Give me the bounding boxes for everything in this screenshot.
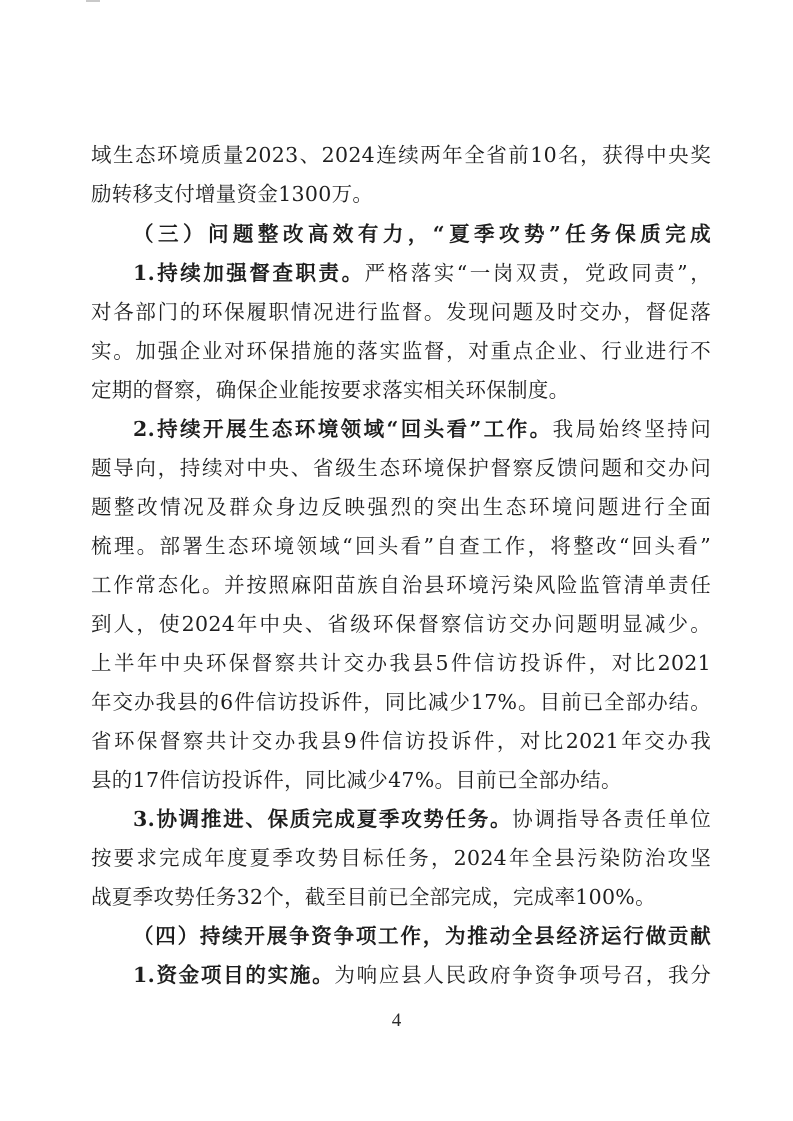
paragraph-line: 按要求完成年度夏季攻势目标任务，2024年全县污染防治攻坚 <box>91 838 711 878</box>
subsection-line-4: 1.资金项目的实施。为响应县人民政府争资争项号召，我分 <box>91 955 711 995</box>
subsection-line-3: 3.协调推进、保质完成夏季攻势任务。协调指导各责任单位 <box>91 799 711 839</box>
page-number: 4 <box>0 1010 793 1032</box>
paragraph-line: 战夏季攻势任务32个，截至目前已全部完成，完成率100%。 <box>91 877 711 917</box>
paragraph-line: 年交办我县的6件信访投诉件，同比减少17%。目前已全部办结。 <box>91 682 711 722</box>
paragraph-line: 上半年中央环保督察共计交办我县5件信访投诉件，对比2021 <box>91 643 711 683</box>
paragraph-line: 工作常态化。并按照麻阳苗族自治县环境污染风险监管清单责任 <box>91 565 711 605</box>
subsection-title: 2.持续开展生态环境领域“回头看”工作。 <box>133 417 553 441</box>
paragraph-line: 梳理。部署生态环境领域“回头看”自查工作，将整改“回头看” <box>91 526 711 566</box>
paragraph-line: 题导向，持续对中央、省级生态环境保护督察反馈问题和交办问 <box>91 448 711 488</box>
subsection-line-1: 1.持续加强督查职责。严格落实“一岗双责，党政同责”， <box>91 253 711 293</box>
paragraph-text: 我局始终坚持问 <box>553 417 711 441</box>
paragraph-line: 县的17件信访投诉件，同比减少47%。目前已全部办结。 <box>91 760 711 800</box>
paragraph-line: 域生态环境质量2023、2024连续两年全省前10名，获得中央奖 <box>91 135 711 175</box>
paragraph-text: 为响应县人民政府争资争项号召，我分 <box>334 963 711 987</box>
paragraph-text: 严格落实“一岗双责，党政同责”， <box>365 261 711 285</box>
paragraph-line: 到人，使2024年中央、省级环保督察信访交办问题明显减少。 <box>91 604 711 644</box>
subsection-title: 1.持续加强督查职责。 <box>133 261 365 285</box>
subsection-line-2: 2.持续开展生态环境领域“回头看”工作。我局始终坚持问 <box>91 409 711 449</box>
paragraph-line: 对各部门的环保履职情况进行监督。发现问题及时交办，督促落 <box>91 292 711 332</box>
paragraph-line: 励转移支付增量资金1300万。 <box>91 174 711 214</box>
paragraph-line: 定期的督察，确保企业能按要求落实相关环保制度。 <box>91 370 711 410</box>
section-heading-3: （三）问题整改高效有力，“夏季攻势”任务保质完成 <box>91 214 711 254</box>
paragraph-line: 省环保督察共计交办我县9件信访投诉件，对比2021年交办我 <box>91 721 711 761</box>
paragraph-text: 协调指导各责任单位 <box>512 807 711 831</box>
paragraph-line: 题整改情况及群众身边反映强烈的突出生态环境问题进行全面 <box>91 487 711 527</box>
paragraph-line: 实。加强企业对环保措施的落实监督，对重点企业、行业进行不 <box>91 331 711 371</box>
subsection-title: 1.资金项目的实施。 <box>133 963 334 987</box>
scan-artifact <box>86 0 100 2</box>
subsection-title: 3.协调推进、保质完成夏季攻势任务。 <box>133 807 512 831</box>
section-heading-4: （四）持续开展争资争项工作，为推动全县经济运行做贡献 <box>91 916 711 956</box>
